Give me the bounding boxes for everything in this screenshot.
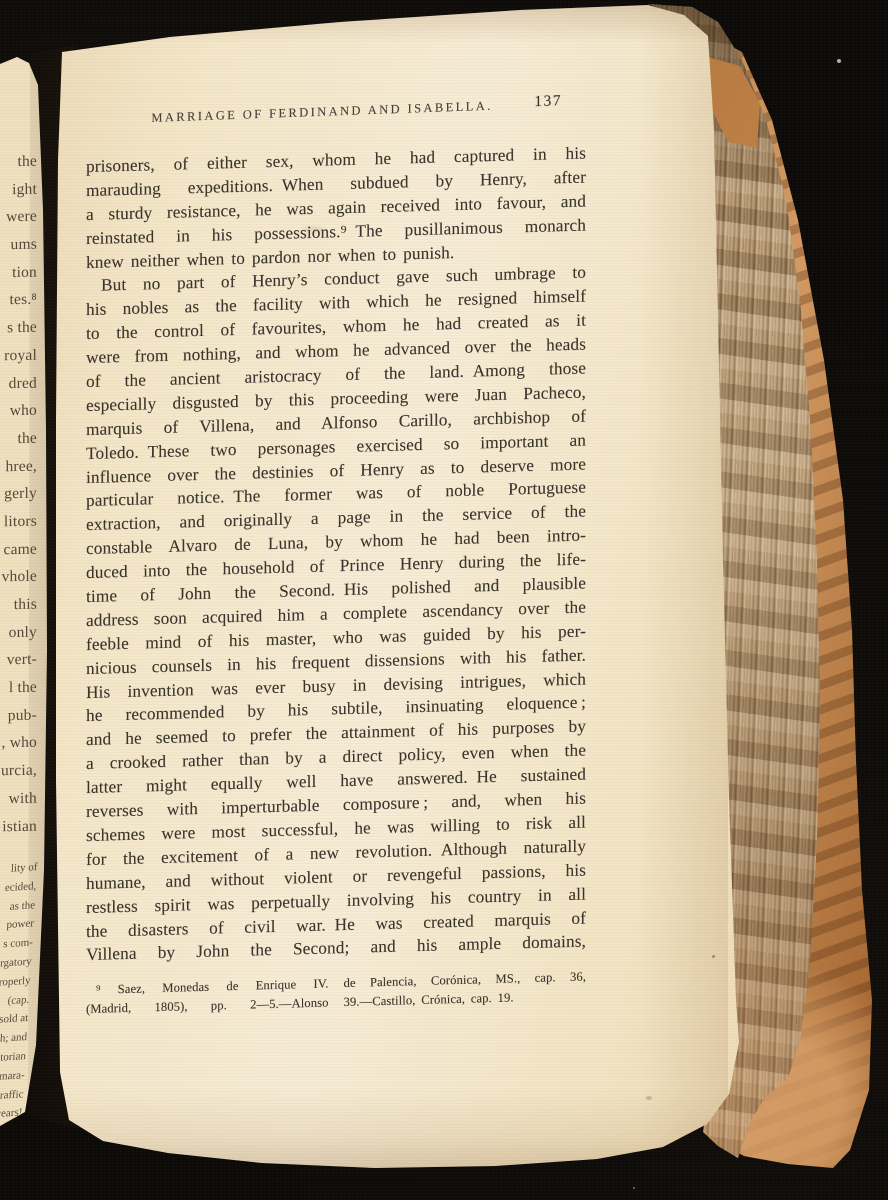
page-blemish bbox=[712, 955, 715, 958]
book-photo: theightwereumstiontes.⁸s theroyaldredwho… bbox=[0, 0, 888, 1200]
paragraph: prisoners, of either sex, whom he had ca… bbox=[86, 141, 586, 274]
page-number: 137 bbox=[534, 92, 562, 111]
page-blemish bbox=[646, 1096, 652, 1100]
page-content: MARRIAGE OF FERDINAND AND ISABELLA. 137 … bbox=[86, 83, 586, 1018]
footnote-column: ⁹ Saez, Monedas de Enrique IV.(Madrid, 1… bbox=[86, 975, 329, 1019]
page-shading-right bbox=[638, 0, 728, 1200]
running-header: MARRIAGE OF FERDINAND AND ISABELLA. bbox=[151, 99, 492, 126]
page-header: MARRIAGE OF FERDINAND AND ISABELLA. 137 bbox=[86, 95, 586, 131]
footnote-column: de Palencia, Corónica, MS., cap. 36,39.—… bbox=[344, 968, 587, 1012]
paragraph: But no part of Henry’s conduct gave such… bbox=[86, 261, 586, 967]
page-body-text: prisoners, of either sex, whom he had ca… bbox=[86, 141, 586, 967]
